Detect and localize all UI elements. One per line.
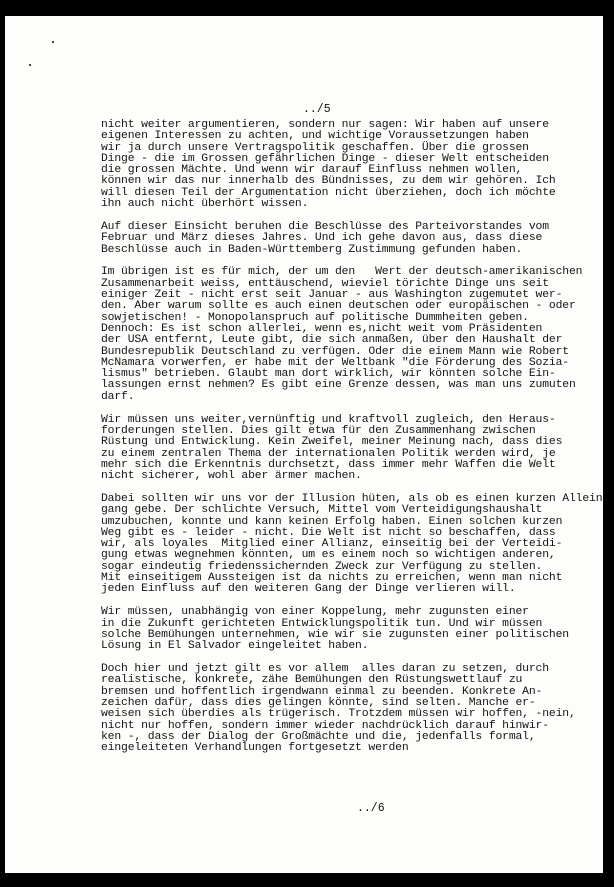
text-line: Februar und März dieses Jahres. Und ich … — [101, 233, 601, 244]
text-line: den. Aber warum sollte es auch einen deu… — [101, 301, 601, 312]
text-line: realistische, konkrete, zähe Bemühungen … — [101, 675, 601, 686]
scan-speck — [29, 64, 31, 66]
text-line: eigenen Interessen zu achten, und wichti… — [101, 131, 601, 142]
text-line: gang gebe. Der schlichte Versuch, Mittel… — [101, 505, 601, 516]
text-line: darf. — [101, 392, 601, 403]
text-line: Beschlüsse auch in Baden-Württemberg Zus… — [101, 245, 601, 256]
scan-speck — [52, 41, 54, 43]
page-marker-bottom: ../6 — [357, 802, 385, 815]
text-line: eingeleiteten Verhandlungen fortgesetzt … — [101, 743, 601, 754]
text-line: Lösung in El Salvador eingeleitet haben. — [101, 641, 601, 652]
text-line: Rüstung und Entwicklung. Kein Zweifel, m… — [101, 437, 601, 448]
paragraph: nicht weiter argumentieren, sondern nur … — [101, 120, 601, 210]
paragraph: Wir müssen, unabhängig von einer Koppelu… — [101, 607, 601, 652]
paragraph: Auf dieser Einsicht beruhen die Beschlüs… — [101, 222, 601, 256]
text-line: nicht sicherer, wohl aber ärmer machen. — [101, 471, 601, 482]
paragraph: Dabei sollten wir uns vor der Illusion h… — [101, 494, 601, 596]
text-line: weisen sich überdies als trügerisch. Tro… — [101, 709, 601, 720]
text-line: ihn auch nicht überhört wissen. — [101, 199, 601, 210]
paragraph: Wir müssen uns weiter,vernünftig und kra… — [101, 415, 601, 483]
document-body: nicht weiter argumentieren, sondern nur … — [101, 120, 601, 766]
document-page: ../5 nicht weiter argumentieren, sondern… — [5, 16, 603, 873]
text-line: lassungen ernst nehmen? Es gibt eine Gre… — [101, 380, 601, 391]
text-line: Wir müssen, unabhängig von einer Koppelu… — [101, 607, 601, 618]
page-marker-top: ../5 — [303, 103, 331, 116]
paragraph: Doch hier und jetzt gilt es vor allem al… — [101, 664, 601, 754]
text-line: der USA entfernt, Leute gibt, die sich a… — [101, 335, 601, 346]
text-line: jeden Einfluss auf den weiteren Gang der… — [101, 584, 601, 595]
paragraph: Im übrigen ist es für mich, der um den W… — [101, 267, 601, 403]
